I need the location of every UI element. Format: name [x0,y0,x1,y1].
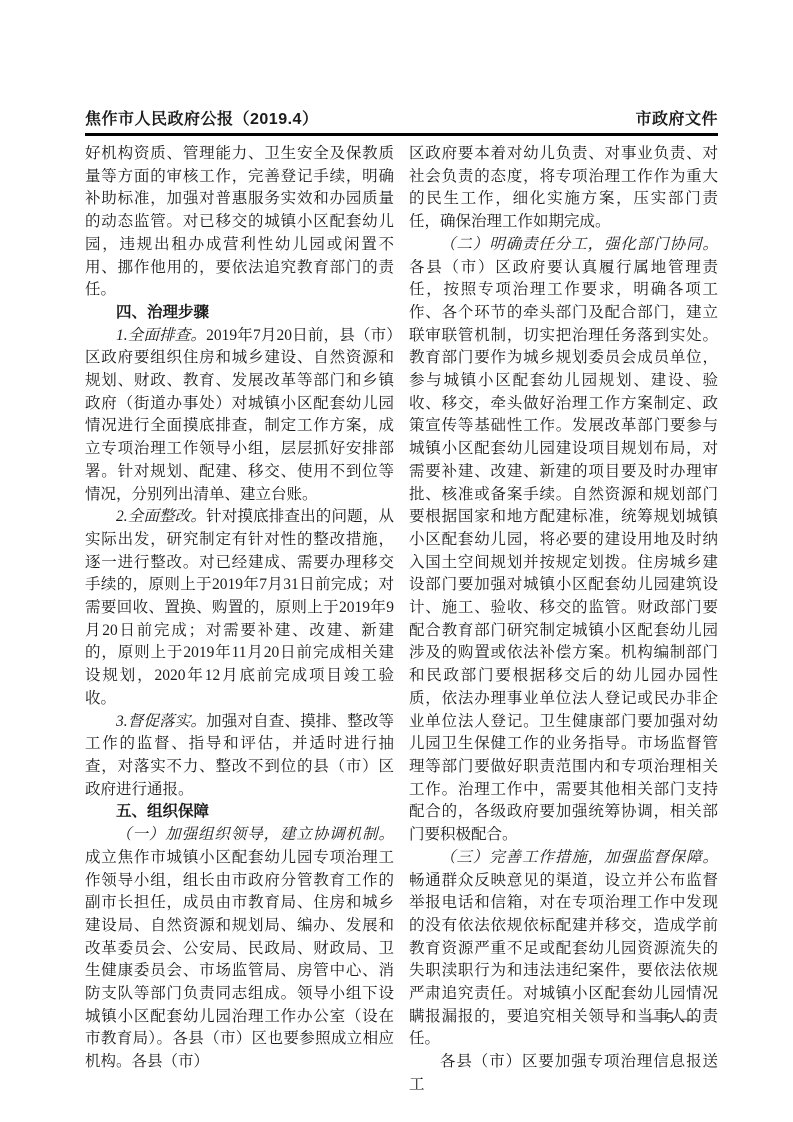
page-footer: — 5 — [85,1010,718,1028]
left-column-paragraph-2: 四、治理步骤 [85,302,394,325]
document-page: 焦作市人民政府公报（2019.4） 市政府文件 好机构资质、管理能力、卫生安全及… [0,0,793,1122]
left-column-paragraph-6: 五、组织保障 [85,801,394,824]
left-column-paragraph-1: 好机构资质、管理能力、卫生安全及保教质量等方面的审核工作，完善登记手续，明确补助… [85,143,394,302]
left-column-paragraph-4-lead: 2.全面整改。 [116,508,206,525]
text-columns: 好机构资质、管理能力、卫生安全及保教质量等方面的审核工作，完善登记手续，明确补助… [85,143,718,1097]
left-column-paragraph-5: 3.督促落实。加强对自查、摸排、整改等工作的监督、指导和评估，并适时进行抽查，对… [85,711,394,802]
right-column-paragraph-1: 区政府要本着对幼儿负责、对事业负责、对社会负责的态度，将专项治理工作作为重大的民… [409,143,718,234]
left-column-paragraph-7: （一）加强组织领导，建立协调机制。成立焦作市城镇小区配套幼儿园专项治理工作领导小… [85,824,394,1074]
left-column: 好机构资质、管理能力、卫生安全及保教质量等方面的审核工作，完善登记手续，明确补助… [85,143,394,1097]
left-column-paragraph-4: 2.全面整改。针对摸底排查出的问题，从实际出发，研究制定有针对性的整改措施，逐一… [85,506,394,710]
header-publication-title: 焦作市人民政府公报（2019.4） [85,106,318,129]
right-column-paragraph-3-lead: （三）完善工作措施，加强监督保障。 [440,849,718,866]
left-column-paragraph-3-lead: 1.全面排查。 [116,327,206,344]
header-rule [85,133,718,136]
left-column-paragraph-7-lead: （一）加强组织领导，建立协调机制。 [116,826,394,843]
page-number: — 5 — [642,1010,700,1027]
right-column-paragraph-4: 各县（市）区要加强专项治理信息报送工 [409,1051,718,1096]
right-column-paragraph-2: （二）明确责任分工，强化部门协同。各县（市）区政府要认真履行属地管理责任，按照专… [409,234,718,847]
left-column-paragraph-3: 1.全面排查。2019年7月20日前，县（市）区政府要组织住房和城乡建设、自然资… [85,325,394,507]
page-header: 焦作市人民政府公报（2019.4） 市政府文件 [85,106,718,129]
header-section-title: 市政府文件 [635,106,718,129]
left-column-paragraph-5-lead: 3.督促落实。 [116,713,206,730]
right-column: 区政府要本着对幼儿负责、对事业负责、对社会负责的态度，将专项治理工作作为重大的民… [409,143,718,1097]
right-column-paragraph-2-lead: （二）明确责任分工，强化部门协同。 [440,236,718,253]
